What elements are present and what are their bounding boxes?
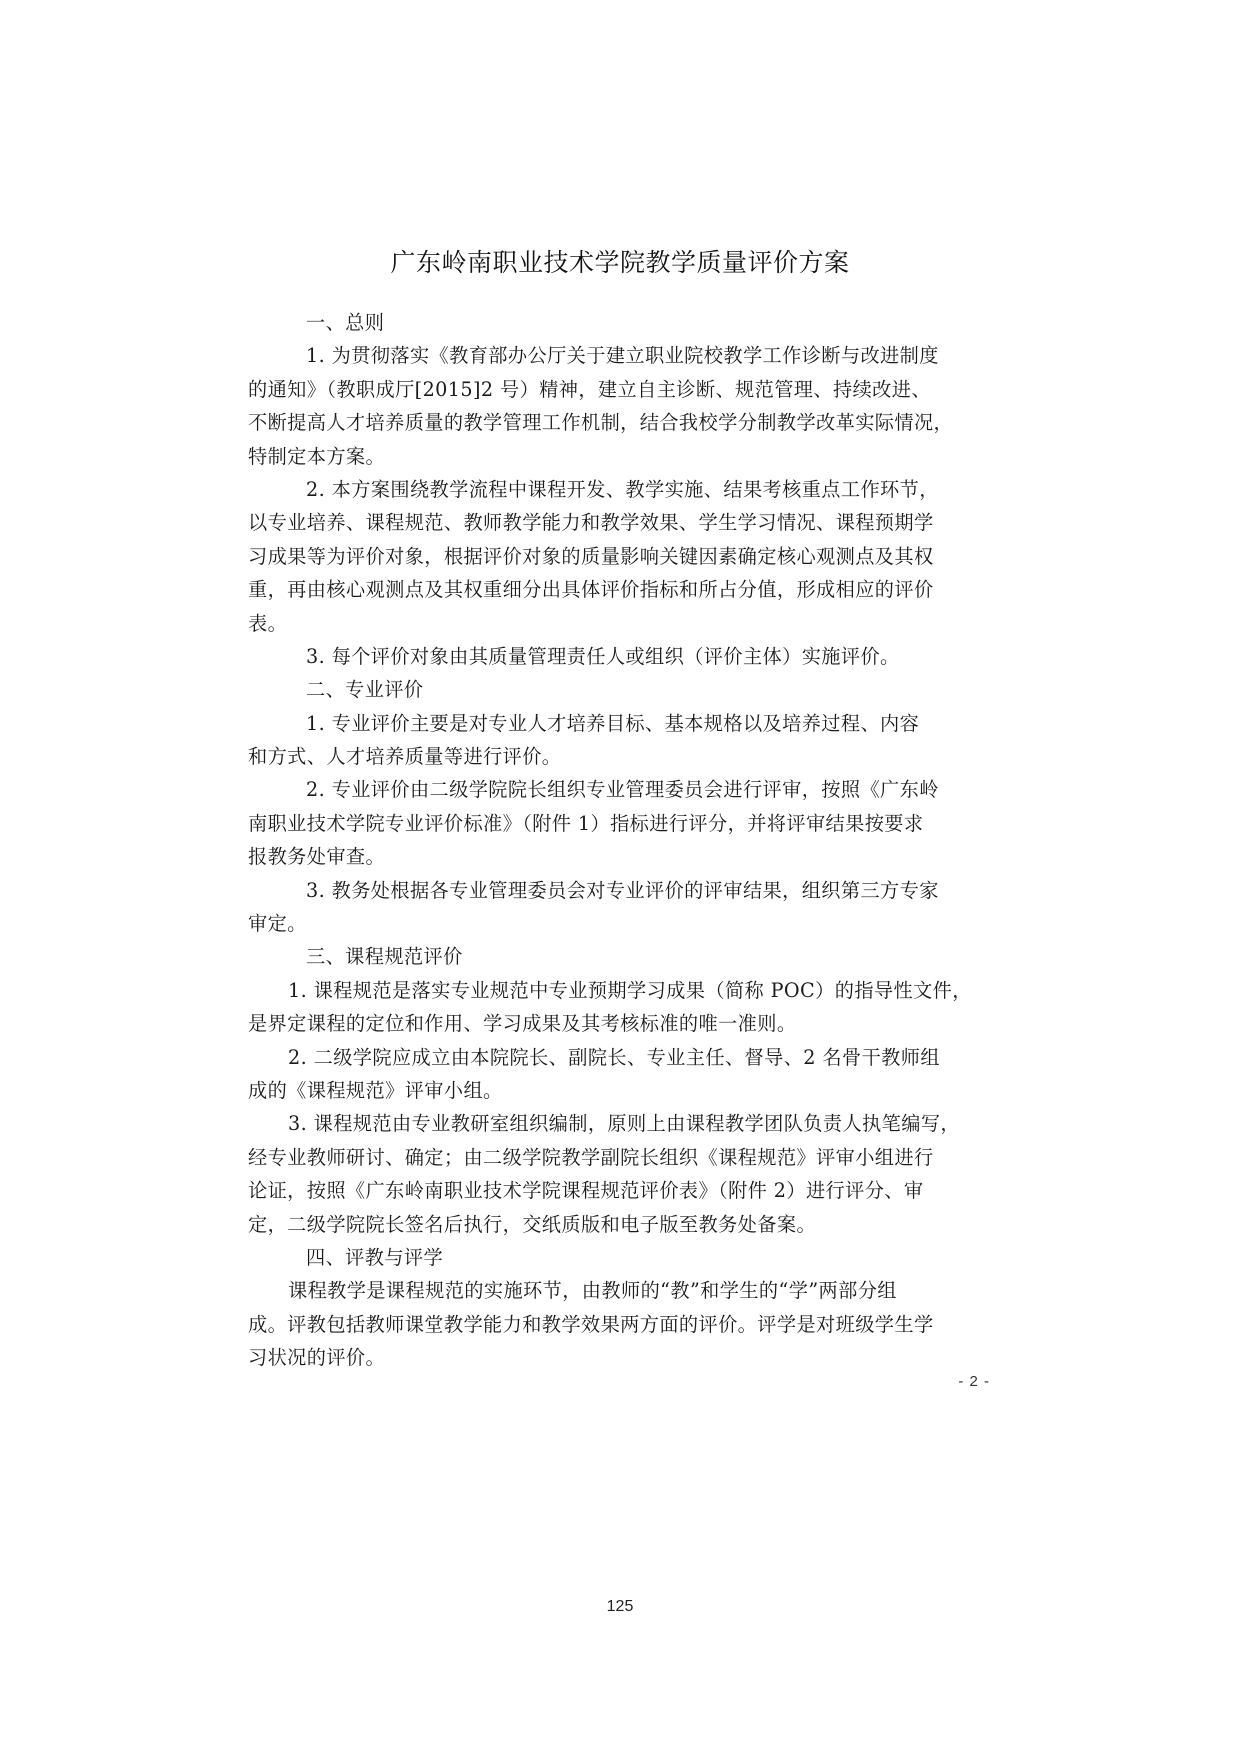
paragraph-line: 特制定本方案。: [248, 440, 994, 473]
section-heading: 三、课程规范评价: [248, 940, 994, 973]
paragraph-line: 习成果等为评价对象，根据评价对象的质量影响关键因素确定核心观测点及其权: [248, 540, 994, 573]
paragraph-line: 成的《课程规范》评审小组。: [248, 1074, 994, 1107]
paragraph-line: 表。: [248, 607, 994, 640]
paragraph-line: 审定。: [248, 907, 994, 940]
paragraph-line: 不断提高人才培养质量的教学管理工作机制，结合我校学分制教学改革实际情况，: [248, 406, 994, 439]
paragraph-line: 经专业教师研讨、确定；由二级学院教学副院长组织《课程规范》评审小组进行: [248, 1141, 994, 1174]
paragraph-line: 以专业培养、课程规范、教师教学能力和教学效果、学生学习情况、课程预期学: [248, 506, 994, 539]
section-heading: 四、评教与评学: [248, 1241, 994, 1274]
paragraph-line: 2. 专业评价由二级学院院长组织专业管理委员会进行评审，按照《广东岭: [248, 773, 994, 806]
paragraph-line: 南职业技术学院专业评价标准》（附件 1）指标进行评分，并将评审结果按要求: [248, 807, 994, 840]
paragraph-line: 是界定课程的定位和作用、学习成果及其考核标准的唯一准则。: [248, 1007, 994, 1040]
paragraph-line: 定，二级学院院长签名后执行，交纸质版和电子版至教务处备案。: [248, 1208, 994, 1241]
outer-page-number: 125: [0, 1598, 1240, 1616]
paragraph-line: 和方式、人才培养质量等进行评价。: [248, 740, 994, 773]
paragraph-line: 3. 教务处根据各专业管理委员会对专业评价的评审结果，组织第三方专家: [248, 874, 994, 907]
paragraph-line: 1. 为贯彻落实《教育部办公厅关于建立职业院校教学工作诊断与改进制度: [248, 339, 994, 372]
paragraph-line: 重，再由核心观测点及其权重细分出具体评价指标和所占分值，形成相应的评价: [248, 573, 994, 606]
section-heading: 一、总则: [248, 306, 994, 339]
section-heading: 二、专业评价: [248, 673, 994, 706]
paragraph-line: 3. 课程规范由专业教研室组织编制，原则上由课程教学团队负责人执笔编写，: [248, 1107, 994, 1140]
paragraph-line: 3. 每个评价对象由其质量管理责任人或组织（评价主体）实施评价。: [248, 640, 994, 673]
document-body: 一、总则1. 为贯彻落实《教育部办公厅关于建立职业院校教学工作诊断与改进制度的通…: [248, 306, 994, 1375]
paragraph-line: 课程教学是课程规范的实施环节，由教师的“教”和学生的“学”两部分组: [248, 1274, 994, 1307]
inner-page-number: - 2 -: [958, 1373, 990, 1390]
paragraph-line: 1. 课程规范是落实专业规范中专业预期学习成果（简称 POC）的指导性文件，: [248, 974, 994, 1007]
paragraph-line: 的通知》（教职成厅[2015]2 号）精神，建立自主诊断、规范管理、持续改进、: [248, 373, 994, 406]
paragraph-line: 习状况的评价。: [248, 1341, 994, 1374]
document-title: 广东岭南职业技术学院教学质量评价方案: [0, 243, 1240, 279]
paragraph-line: 成。评教包括教师课堂教学能力和教学效果两方面的评价。评学是对班级学生学: [248, 1308, 994, 1341]
paragraph-line: 2. 二级学院应成立由本院院长、副院长、专业主任、督导、2 名骨干教师组: [248, 1041, 994, 1074]
paragraph-line: 论证，按照《广东岭南职业技术学院课程规范评价表》（附件 2）进行评分、审: [248, 1174, 994, 1207]
paragraph-line: 报教务处审查。: [248, 840, 994, 873]
paragraph-line: 1. 专业评价主要是对专业人才培养目标、基本规格以及培养过程、内容: [248, 707, 994, 740]
document-page: 广东岭南职业技术学院教学质量评价方案 一、总则1. 为贯彻落实《教育部办公厅关于…: [0, 0, 1240, 1753]
paragraph-line: 2. 本方案围绕教学流程中课程开发、教学实施、结果考核重点工作环节，: [248, 473, 994, 506]
